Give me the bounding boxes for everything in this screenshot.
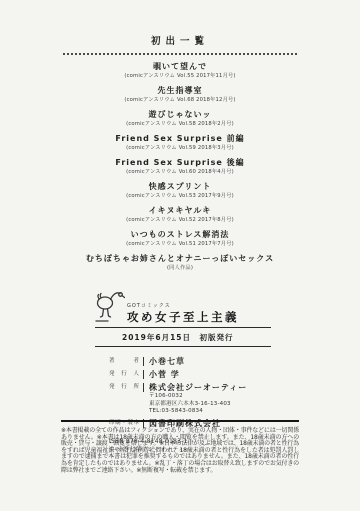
list-item: 覗いて望んで (comicアンスリウム Vol.55 2017年11月号)	[0, 62, 360, 80]
series-label: GOTコミックス	[127, 302, 271, 309]
thick-divider	[61, 420, 299, 422]
table-row: 発 行 人 小菅 学	[109, 370, 271, 380]
publisher-person: 小菅 学	[149, 370, 180, 380]
chapter-title: むちぽちゃお姉さんとオナニーっぽいセックス	[0, 254, 360, 264]
chapter-title: 覗いて望んで	[0, 62, 360, 72]
legal-section: ※本書掲載の全ての作品はフィクションであり、実在の人物・団体・事件などには一切関…	[61, 420, 299, 474]
book-title: 攻め女子至上主義	[127, 310, 271, 324]
list-item: イキヌキヤルキ (comicアンスリウム Vol.52 2017年8月号)	[0, 206, 360, 224]
phone: TEL:03-5843-0834	[149, 408, 247, 416]
title-block: GOTコミックス 攻め女子至上主義	[127, 302, 271, 324]
chapter-source: (comicアンスリウム Vol.55 2017年11月号)	[9, 72, 351, 80]
ostrich-logo-icon	[95, 288, 125, 324]
row-label: 著 者	[109, 357, 144, 366]
chapter-source: (comicアンスリウム Vol.53 2017年9月号)	[9, 192, 351, 200]
row-value: 小菅 学	[144, 370, 180, 380]
chapter-source: (同人作品)	[9, 264, 351, 272]
list-item: いつものストレス解消法 (comicアンスリウム Vol.51 2017年7月号…	[0, 230, 360, 248]
chapter-title: Friend Sex Surprise 前編	[0, 134, 360, 144]
list-item: Friend Sex Surprise 前編 (comicアンスリウム Vol.…	[0, 134, 360, 152]
table-row: 著 者 小巻七草	[109, 357, 271, 367]
chapter-title: いつものストレス解消法	[0, 230, 360, 240]
edition-date: 2019年6月15日 初版発行	[122, 332, 271, 343]
publisher-company: 株式会社ジーオーティー	[149, 383, 247, 393]
list-item: むちぽちゃお姉さんとオナニーっぽいセックス (同人作品)	[0, 254, 360, 272]
list-item: 快感スプリント (comicアンスリウム Vol.53 2017年9月号)	[0, 182, 360, 200]
chapter-source: (comicアンスリウム Vol.60 2018年4月号)	[9, 168, 351, 176]
table-row: 発 行 所 株式会社ジーオーティー 〒106-0032 東京都港区六本木3-16…	[109, 383, 271, 416]
list-item: 遊びじゃないッ (comicアンスリウム Vol.58 2018年2月号)	[0, 110, 360, 128]
chapter-source: (comicアンスリウム Vol.58 2018年2月号)	[9, 120, 351, 128]
address: 東京都港区六本木3-16-13-403	[149, 401, 247, 409]
chapter-source: (comicアンスリウム Vol.68 2018年12月号)	[9, 96, 351, 104]
edition-rule	[95, 346, 271, 347]
chapter-source: (comicアンスリウム Vol.51 2017年7月号)	[9, 240, 351, 248]
list-item: 先生指導室 (comicアンスリウム Vol.68 2018年12月号)	[0, 86, 360, 104]
chapter-title: 先生指導室	[0, 86, 360, 96]
dotted-divider	[63, 53, 297, 55]
colophon-table: 著 者 小巻七草 発 行 人 小菅 学 発 行 所 株式会社ジーオーティー 〒1…	[109, 357, 271, 429]
row-label: 発 行 所	[109, 383, 144, 392]
chapter-source: (comicアンスリウム Vol.59 2018年3月号)	[9, 144, 351, 152]
chapter-title: 快感スプリント	[0, 182, 360, 192]
row-label: 発 行 人	[109, 370, 144, 379]
postal-code: 〒106-0032	[149, 393, 247, 401]
row-value: 株式会社ジーオーティー 〒106-0032 東京都港区六本木3-16-13-40…	[144, 383, 247, 416]
title-rule	[95, 327, 271, 328]
disclaimer-text: ※本書掲載の全ての作品はフィクションであり、実在の人物・団体・事件などには一切関…	[61, 428, 299, 474]
first-publication-heading: 初出一覧	[0, 33, 360, 47]
chapter-title: Friend Sex Surprise 後編	[0, 158, 360, 168]
chapter-title: イキヌキヤルキ	[0, 206, 360, 216]
chapter-source: (comicアンスリウム Vol.52 2017年8月号)	[9, 216, 351, 224]
row-value: 小巻七草	[144, 357, 185, 367]
author-name: 小巻七草	[149, 357, 185, 367]
chapter-title: 遊びじゃないッ	[0, 110, 360, 120]
publisher-logo-row: GOTコミックス 攻め女子至上主義	[95, 288, 271, 324]
list-item: Friend Sex Surprise 後編 (comicアンスリウム Vol.…	[0, 158, 360, 176]
first-publication-section: 初出一覧 覗いて望んで (comicアンスリウム Vol.55 2017年11月…	[0, 0, 360, 272]
